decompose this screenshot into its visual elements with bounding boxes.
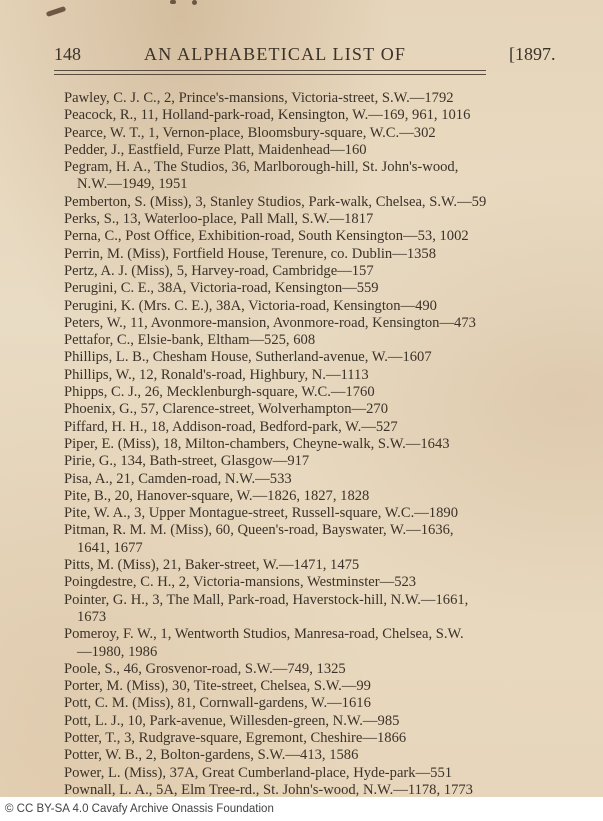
entry-text: Poole, S., 46, Grosvenor-road, S.W.—749,… [64, 661, 346, 677]
list-item: Poole, S., 46, Grosvenor-road, S.W.—749,… [64, 661, 564, 678]
list-item: Phillips, L. B., Chesham House, Sutherla… [64, 349, 564, 366]
header-rule-bottom [54, 74, 486, 75]
entry-text: Power, L. (Miss), 37A, Great Cumberland-… [64, 765, 452, 781]
entry-text: Perrin, M. (Miss), Fortfield House, Tere… [64, 246, 436, 262]
list-item: Porter, M. (Miss), 30, Tite-street, Chel… [64, 678, 564, 695]
entry-text: Potter, W. B., 2, Bolton-gardens, S.W.—4… [64, 747, 358, 763]
header-rule-top [54, 70, 486, 71]
list-item: Pirie, G., 134, Bath-street, Glasgow—917 [64, 453, 564, 470]
copyright-text: © CC BY-SA 4.0 Cavafy Archive Onassis Fo… [0, 803, 274, 815]
entry-text: Pott, C. M. (Miss), 81, Cornwall-gardens… [64, 695, 371, 711]
list-item: Pomeroy, F. W., 1, Wentworth Studios, Ma… [64, 626, 564, 661]
entry-text: Pott, L. J., 10, Park-avenue, Willesden-… [64, 713, 399, 729]
directory-list: Pawley, C. J. C., 2, Prince's-mansions, … [64, 90, 564, 797]
list-item: Pownall, L. A., 5A, Elm Tree-rd., St. Jo… [64, 782, 564, 797]
entry-text: Pemberton, S. (Miss), 3, Stanley Studios… [64, 194, 486, 210]
entry-text: Pitts, M. (Miss), 21, Baker-street, W.—1… [64, 557, 359, 573]
list-item: Pite, W. A., 3, Upper Montague-street, R… [64, 505, 564, 522]
entry-text: Pedder, J., Eastfield, Furze Platt, Maid… [64, 142, 367, 158]
entry-text: Pegram, H. A., The Studios, 36, Marlboro… [64, 159, 458, 175]
list-item: Pointer, G. H., 3, The Mall, Park-road, … [64, 592, 564, 627]
list-item: Piffard, H. H., 18, Addison-road, Bedfor… [64, 419, 564, 436]
list-item: Pearce, W. T., 1, Vernon-place, Bloomsbu… [64, 125, 564, 142]
list-item: Perugini, K. (Mrs. C. E.), 38A, Victoria… [64, 298, 564, 315]
entry-text: Pownall, L. A., 5A, Elm Tree-rd., St. Jo… [64, 782, 473, 797]
list-item: Perks, S., 13, Waterloo-place, Pall Mall… [64, 211, 564, 228]
page-title: AN ALPHABETICAL LIST OF [144, 44, 406, 65]
page-number: 148 [54, 44, 81, 65]
list-item: Pitts, M. (Miss), 21, Baker-street, W.—1… [64, 557, 564, 574]
list-item: Pitman, R. M. M. (Miss), 60, Queen's-roa… [64, 522, 564, 557]
entry-continuation: 1641, 1677 [64, 540, 564, 557]
entry-text: Pomeroy, F. W., 1, Wentworth Studios, Ma… [64, 626, 464, 642]
list-item: Perugini, C. E., 38A, Victoria-road, Ken… [64, 280, 564, 297]
entry-text: Pirie, G., 134, Bath-street, Glasgow—917 [64, 453, 309, 469]
entry-text: Pite, B., 20, Hanover-square, W.—1826, 1… [64, 488, 369, 504]
running-head: 148 AN ALPHABETICAL LIST OF [1897. [54, 44, 490, 66]
list-item: Pertz, A. J. (Miss), 5, Harvey-road, Cam… [64, 263, 564, 280]
entry-text: Peacock, R., 11, Holland-park-road, Kens… [64, 107, 470, 123]
entry-text: Pitman, R. M. M. (Miss), 60, Queen's-roa… [64, 522, 454, 538]
list-item: Pettafor, C., Elsie-bank, Eltham—525, 60… [64, 332, 564, 349]
entry-continuation: 1673 [64, 609, 564, 626]
list-item: Pott, C. M. (Miss), 81, Cornwall-gardens… [64, 695, 564, 712]
entry-text: Poingdestre, C. H., 2, Victoria-mansions… [64, 574, 416, 590]
list-item: Pegram, H. A., The Studios, 36, Marlboro… [64, 159, 564, 194]
list-item: Poingdestre, C. H., 2, Victoria-mansions… [64, 574, 564, 591]
list-item: Piper, E. (Miss), 18, Milton-chambers, C… [64, 436, 564, 453]
entry-text: Piffard, H. H., 18, Addison-road, Bedfor… [64, 419, 398, 435]
list-item: Phoenix, G., 57, Clarence-street, Wolver… [64, 401, 564, 418]
list-item: Pott, L. J., 10, Park-avenue, Willesden-… [64, 713, 564, 730]
entry-text: Pettafor, C., Elsie-bank, Eltham—525, 60… [64, 332, 315, 348]
ink-stain [192, 0, 197, 5]
entry-text: Perks, S., 13, Waterloo-place, Pall Mall… [64, 211, 373, 227]
list-item: Power, L. (Miss), 37A, Great Cumberland-… [64, 765, 564, 782]
entry-text: Potter, T., 3, Rudgrave-square, Egremont… [64, 730, 406, 746]
entry-text: Perna, C., Post Office, Exhibition-road,… [64, 228, 469, 244]
entry-text: Phillips, W., 12, Ronald's-road, Highbur… [64, 367, 369, 383]
entry-text: Pearce, W. T., 1, Vernon-place, Bloomsbu… [64, 125, 436, 141]
list-item: Phillips, W., 12, Ronald's-road, Highbur… [64, 367, 564, 384]
list-item: Pawley, C. J. C., 2, Prince's-mansions, … [64, 90, 564, 107]
list-item: Pisa, A., 21, Camden-road, N.W.—533 [64, 471, 564, 488]
list-item: Potter, T., 3, Rudgrave-square, Egremont… [64, 730, 564, 747]
list-item: Pedder, J., Eastfield, Furze Platt, Maid… [64, 142, 564, 159]
copyright-footer: © CC BY-SA 4.0 Cavafy Archive Onassis Fo… [0, 797, 603, 821]
entry-text: Perugini, C. E., 38A, Victoria-road, Ken… [64, 280, 379, 296]
entry-continuation: N.W.—1949, 1951 [64, 176, 564, 193]
entry-text: Phillips, L. B., Chesham House, Sutherla… [64, 349, 432, 365]
list-item: Pite, B., 20, Hanover-square, W.—1826, 1… [64, 488, 564, 505]
list-item: Pemberton, S. (Miss), 3, Stanley Studios… [64, 194, 564, 211]
ink-stain [46, 6, 67, 17]
entry-continuation: —1980, 1986 [64, 644, 564, 661]
list-item: Perrin, M. (Miss), Fortfield House, Tere… [64, 246, 564, 263]
entry-text: Phoenix, G., 57, Clarence-street, Wolver… [64, 401, 388, 417]
entry-text: Porter, M. (Miss), 30, Tite-street, Chel… [64, 678, 371, 694]
year-label: [1897. [509, 44, 556, 65]
entry-text: Pertz, A. J. (Miss), 5, Harvey-road, Cam… [64, 263, 374, 279]
scanned-page: 148 AN ALPHABETICAL LIST OF [1897. Pawle… [0, 0, 603, 797]
entry-text: Pite, W. A., 3, Upper Montague-street, R… [64, 505, 458, 521]
entry-text: Pisa, A., 21, Camden-road, N.W.—533 [64, 471, 292, 487]
entry-text: Perugini, K. (Mrs. C. E.), 38A, Victoria… [64, 298, 437, 314]
list-item: Phipps, C. J., 26, Mecklenburgh-square, … [64, 384, 564, 401]
entry-text: Phipps, C. J., 26, Mecklenburgh-square, … [64, 384, 375, 400]
entry-text: Piper, E. (Miss), 18, Milton-chambers, C… [64, 436, 450, 452]
list-item: Peacock, R., 11, Holland-park-road, Kens… [64, 107, 564, 124]
list-item: Peters, W., 11, Avonmore-mansion, Avonmo… [64, 315, 564, 332]
ink-stain [170, 0, 176, 4]
list-item: Perna, C., Post Office, Exhibition-road,… [64, 228, 564, 245]
entry-text: Pawley, C. J. C., 2, Prince's-mansions, … [64, 90, 454, 106]
list-item: Potter, W. B., 2, Bolton-gardens, S.W.—4… [64, 747, 564, 764]
entry-text: Peters, W., 11, Avonmore-mansion, Avonmo… [64, 315, 476, 331]
entry-text: Pointer, G. H., 3, The Mall, Park-road, … [64, 592, 468, 608]
